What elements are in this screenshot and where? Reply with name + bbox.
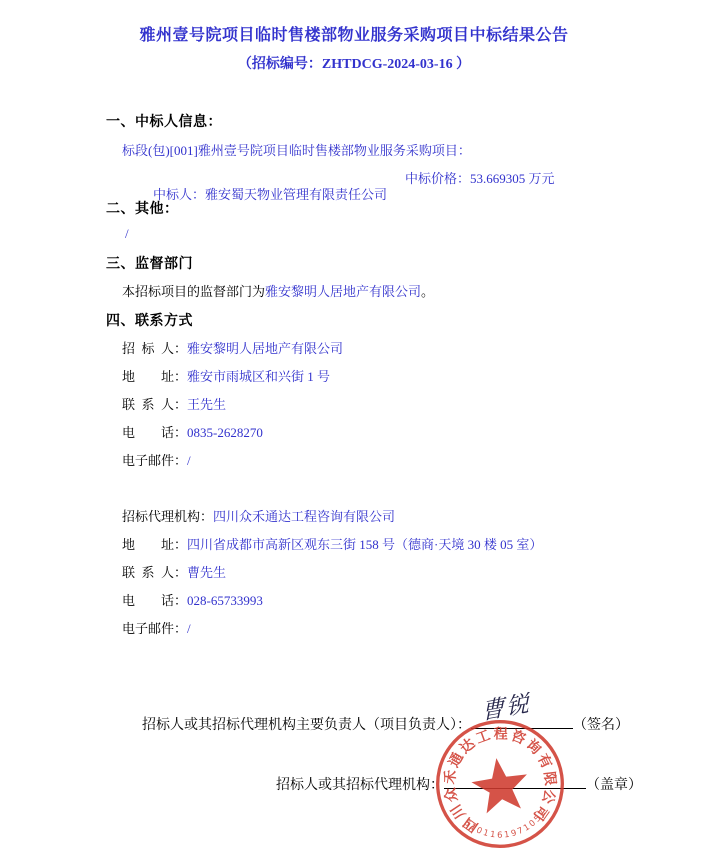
- winner-name: 雅安蜀天物业管理有限责任公司: [205, 187, 387, 202]
- agency-row-address: 地 址：四川省成都市高新区观东三街 158 号（德商·天境 30 楼 05 室）: [122, 534, 542, 553]
- tenderer-row-name: 招 标 人：雅安黎明人居地产有限公司: [122, 338, 343, 357]
- supervision-suffix: 。: [421, 284, 434, 299]
- contact-value: 曹先生: [187, 565, 226, 580]
- tender-number-line: （招标编号：ZHTDCG-2024-03-16 ）: [0, 53, 708, 73]
- org-prefix: 招标人或其招标代理机构：: [276, 778, 444, 793]
- supervision-line: 本招标项目的监督部门为雅安黎明人居地产有限公司。: [122, 281, 434, 300]
- contact-value: 四川众禾通达工程咨询有限公司: [213, 509, 395, 524]
- section-4-heading: 四、联系方式: [106, 310, 193, 330]
- contact-value: 028-65733993: [187, 593, 263, 608]
- supervision-department: 雅安黎明人居地产有限公司: [265, 284, 421, 299]
- contact-label: 联 系 人：: [122, 397, 187, 412]
- contact-value: 王先生: [187, 397, 226, 412]
- contact-value: /: [187, 621, 191, 636]
- contact-label: 电 话：: [122, 593, 187, 608]
- tenderer-row-email: 电子邮件：/: [122, 450, 191, 469]
- seal-underline: [444, 773, 586, 789]
- principal-suffix: （签名）: [573, 718, 629, 733]
- tenderer-row-phone: 电 话：0835-2628270: [122, 422, 263, 441]
- contact-label: 电子邮件：: [122, 453, 187, 468]
- contact-label: 招 标 人：: [122, 341, 187, 356]
- winner-price-group: 中标价格：53.669305 万元: [405, 168, 555, 187]
- tenderer-row-address: 地 址：雅安市雨城区和兴街 1 号: [122, 366, 330, 385]
- price-label: 中标价格：: [405, 171, 470, 186]
- section-2-heading: 二、其他：: [106, 198, 179, 218]
- handwritten-signature: 曹锐: [481, 685, 531, 727]
- principal-signature-line: 招标人或其招标代理机构主要负责人（项目负责人）：曹锐（签名）: [128, 697, 629, 750]
- winner-name-group: 中标人：雅安蜀天物业管理有限责任公司: [153, 187, 387, 202]
- seal-serial-number: 5101161971052: [461, 806, 549, 845]
- contact-value: 雅安市雨城区和兴街 1 号: [187, 369, 330, 384]
- agency-row-email: 电子邮件：/: [122, 618, 191, 637]
- lot-line: 标段(包)[001]雅州壹号院项目临时售楼部物业服务采购项目：: [122, 140, 471, 159]
- contact-value: /: [187, 453, 191, 468]
- contact-label: 地 址：: [122, 537, 187, 552]
- section-3-heading: 三、监督部门: [106, 253, 193, 273]
- contact-label: 招标代理机构：: [122, 509, 213, 524]
- org-suffix: （盖章）: [586, 778, 642, 793]
- contact-label: 电子邮件：: [122, 621, 187, 636]
- winner-line: 中标人：雅安蜀天物业管理有限责任公司 中标价格：53.669305 万元: [140, 168, 700, 235]
- principal-prefix: 招标人或其招标代理机构主要负责人（项目负责人）：: [142, 718, 471, 733]
- price-value: 53.669305 万元: [470, 171, 555, 186]
- tenderer-row-contact-person: 联 系 人：王先生: [122, 394, 226, 413]
- supervision-prefix: 本招标项目的监督部门为: [122, 284, 265, 299]
- contact-value: 四川省成都市高新区观东三街 158 号（德商·天境 30 楼 05 室）: [187, 537, 542, 552]
- agency-row-contact-person: 联 系 人：曹先生: [122, 562, 226, 581]
- signature-underline: 曹锐: [471, 713, 573, 729]
- agency-row-name: 招标代理机构：四川众禾通达工程咨询有限公司: [122, 506, 395, 525]
- section-1-heading: 一、中标人信息：: [106, 111, 222, 131]
- org-seal-line: 招标人或其招标代理机构：（盖章）: [262, 757, 642, 810]
- other-content: /: [125, 226, 129, 242]
- page-title: 雅州壹号院项目临时售楼部物业服务采购项目中标结果公告: [0, 22, 708, 45]
- contact-value: 雅安黎明人居地产有限公司: [187, 341, 343, 356]
- contact-label: 地 址：: [122, 369, 187, 384]
- contact-label: 电 话：: [122, 425, 187, 440]
- agency-row-phone: 电 话：028-65733993: [122, 590, 263, 609]
- contact-label: 联 系 人：: [122, 565, 187, 580]
- svg-text:5101161971052: 5101161971052: [461, 806, 549, 845]
- contact-value: 0835-2628270: [187, 425, 263, 440]
- document-page: 雅州壹号院项目临时售楼部物业服务采购项目中标结果公告 （招标编号：ZHTDCG-…: [0, 0, 708, 852]
